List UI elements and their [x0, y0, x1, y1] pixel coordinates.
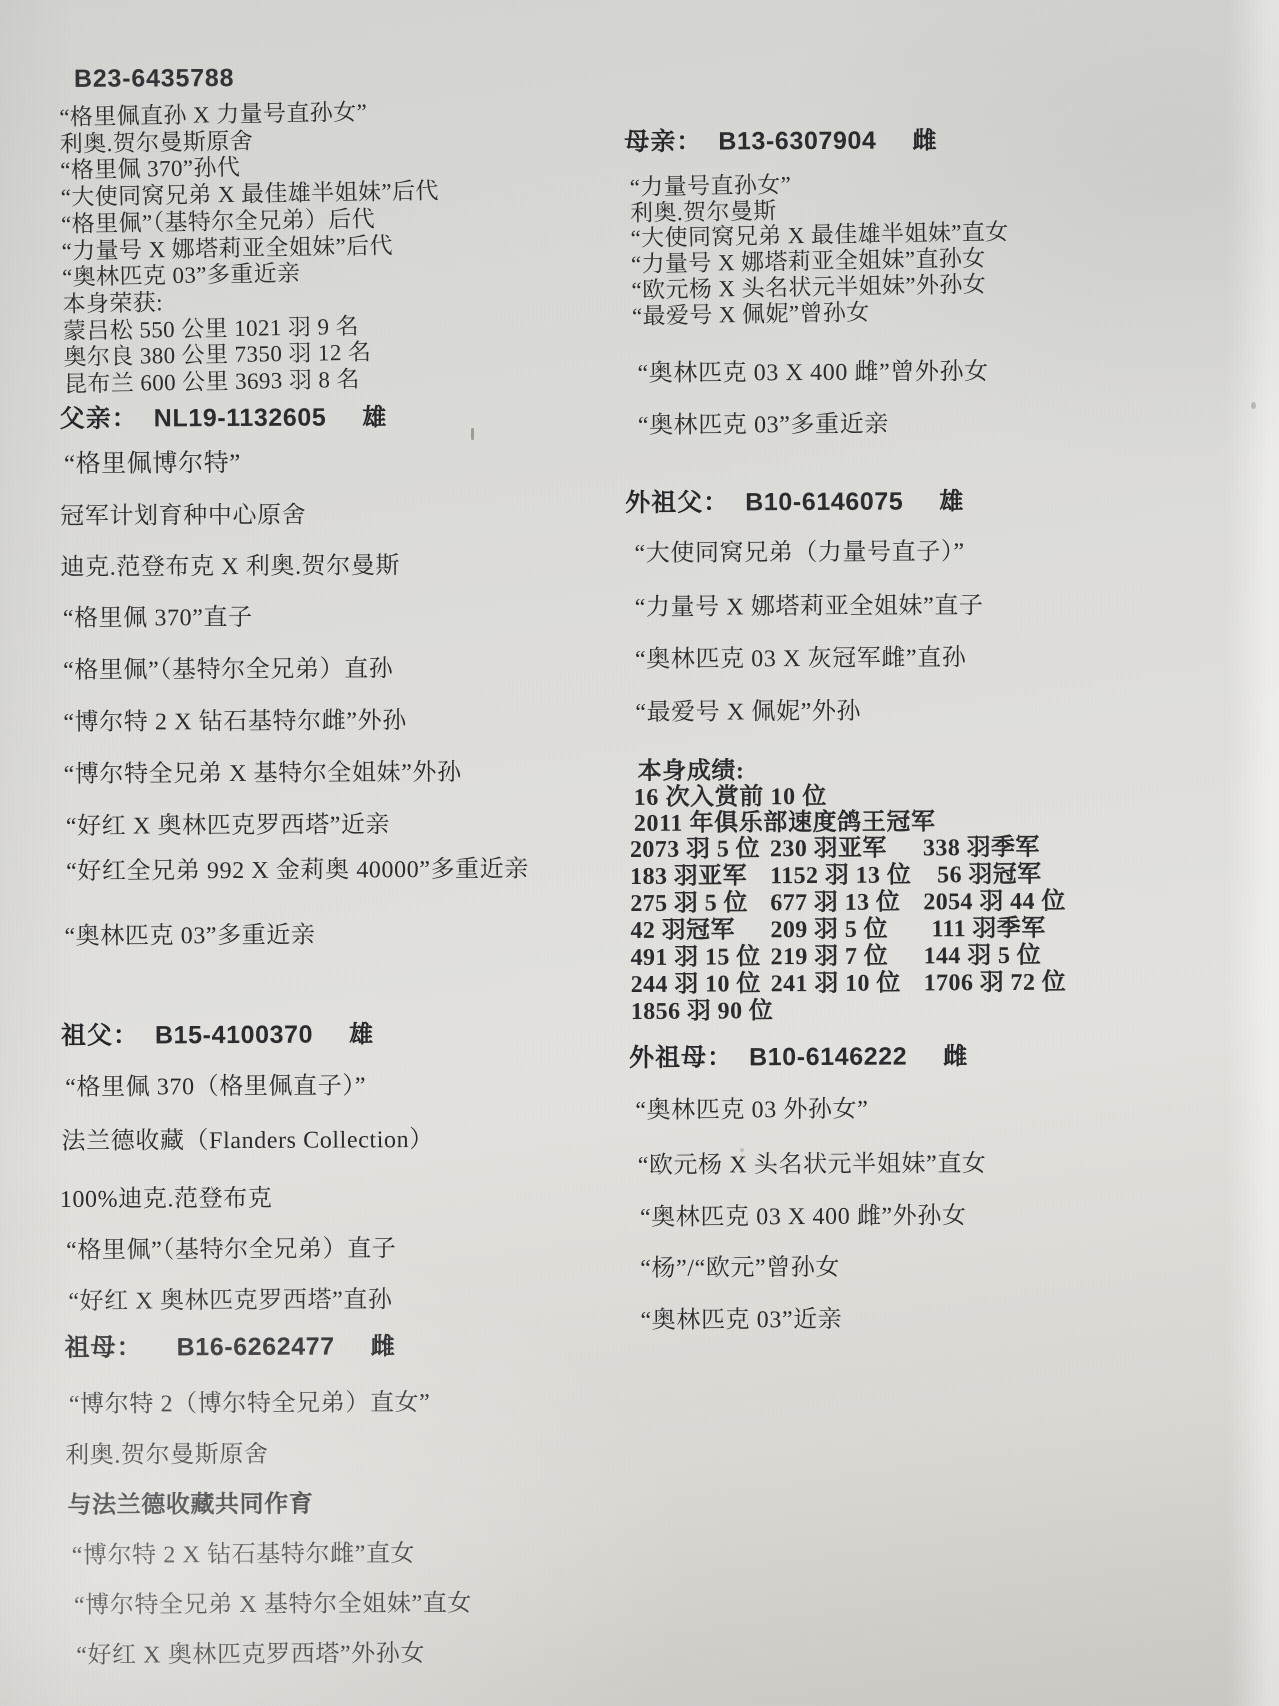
pedigree-line: “博尔特全兄弟 X 基特尔全姐妹”直女	[74, 1583, 472, 1620]
pedigree-line: “最爱号 X 佩妮”外孙	[635, 691, 861, 727]
pedigree-line: 100%迪克.范登布克	[60, 1178, 273, 1214]
pedigree-document-photo: B23-6435788 “格里佩直孙 X 力量号直孙女” 利奥.贺尔曼斯原舍 “…	[0, 0, 1279, 1706]
maternal-grandmother-sex: 雌	[943, 1044, 968, 1070]
pedigree-line: “好红 X 奥林匹克罗西塔”外孙女	[76, 1633, 425, 1670]
father-header: 父亲：NL19-1132605雄	[60, 397, 388, 435]
grandfather-label: 祖父：	[61, 1023, 139, 1050]
grandfather-sex: 雄	[349, 1022, 374, 1048]
pedigree-line: “力量号 X 娜塔莉亚全姐妹”直子	[635, 585, 984, 622]
grandmother-header: 祖母：B16-6262477雌	[64, 1326, 395, 1364]
father-sex: 雄	[362, 405, 387, 431]
pedigree-line: 法兰德收藏（Flanders Collection）	[61, 1119, 433, 1156]
grandmother-ring-number: B16-6262477	[177, 1333, 335, 1362]
pedigree-line: “好红全兄弟 992 X 金莉奥 40000”多重近亲	[66, 854, 571, 888]
maternal-grandfather-sex: 雄	[939, 489, 964, 515]
pedigree-line: “博尔特 2 X 钻石基特尔雌”外孙	[63, 700, 407, 737]
grandfather-ring-number: B15-4100370	[155, 1021, 313, 1050]
pedigree-line: “奥林匹克 03”多重近亲	[64, 915, 315, 951]
pedigree-line: “格里佩”（基特尔全兄弟）直子	[66, 1228, 396, 1265]
grandmother-label: 祖母：	[65, 1335, 143, 1362]
mother-header: 母亲：B13-6307904雌	[624, 120, 937, 158]
pedigree-line: “格里佩 370（格里佩直子）”	[65, 1065, 366, 1102]
pedigree-line: “大使同窝兄弟（力量号直子）”	[634, 531, 964, 568]
result-cell: 1856 羽 90 位	[631, 990, 771, 1026]
document-content: B23-6435788 “格里佩直孙 X 力量号直孙女” 利奥.贺尔曼斯原舍 “…	[0, 0, 1279, 1706]
pedigree-line: 利奥.贺尔曼斯原舍	[65, 1434, 269, 1470]
maternal-grandfather-label: 外祖父：	[625, 489, 729, 517]
result-cell	[771, 989, 924, 1025]
bird-ring-number: B23-6435788	[74, 64, 234, 94]
maternal-grandmother-header: 外祖母：B10-6146222雌	[629, 1036, 968, 1074]
pedigree-line: “博尔特 2（博尔特全兄弟）直女”	[69, 1382, 431, 1419]
dust-speck	[740, 1148, 744, 1152]
mother-sex: 雌	[912, 128, 937, 154]
result-cell: 1706 羽 72 位	[924, 962, 1067, 998]
pedigree-line: “奥林匹克 03 X 灰冠军雌”直孙	[635, 637, 967, 674]
dust-speck	[471, 428, 474, 440]
maternal-grandfather-header: 外祖父：B10-6146075雄	[625, 481, 964, 519]
mother-label: 母亲：	[624, 129, 702, 156]
pedigree-line: “奥林匹克 03 X 400 雌”外孙女	[640, 1195, 967, 1232]
dust-speck	[1251, 402, 1256, 409]
mother-block: “力量号直孙女” 利奥.贺尔曼斯 “大使同窝兄弟 X 最佳雄半姐妹”直女 “力量…	[629, 168, 1010, 329]
bird-intro-block: “格里佩直孙 X 力量号直孙女” 利奥.贺尔曼斯原舍 “格里佩 370”孙代 “…	[59, 98, 442, 398]
pedigree-line: 冠军计划育种中心原舍	[60, 495, 306, 531]
maternal-grandmother-ring-number: B10-6146222	[749, 1042, 907, 1071]
results-row: 1856 羽 90 位	[631, 989, 924, 1026]
pedigree-line: “博尔特全兄弟 X 基特尔全姐妹”外孙	[63, 752, 461, 789]
grandmother-sex: 雌	[371, 1334, 396, 1360]
pedigree-line: “奥林匹克 03 外孙女”	[635, 1089, 868, 1125]
pedigree-line: “格里佩博尔特”	[64, 443, 241, 480]
pedigree-line: “奥林匹克 03”多重近亲	[638, 404, 889, 440]
pedigree-line: 迪克.范登布克 X 利奥.贺尔曼斯	[60, 545, 400, 582]
maternal-grandfather-ring-number: B10-6146075	[745, 488, 903, 517]
father-ring-number: NL19-1132605	[154, 404, 327, 433]
mother-ring-number: B13-6307904	[718, 127, 876, 156]
pedigree-line: “杨”/“欧元”曾孙女	[640, 1247, 840, 1283]
pedigree-line: “格里佩 370”直子	[63, 597, 253, 633]
pedigree-line: “奥林匹克 03”近亲	[640, 1299, 842, 1335]
pedigree-line: 与法兰德收藏共同作育	[67, 1484, 313, 1520]
pedigree-line: “好红 X 奥林匹克罗西塔”直孙	[68, 1279, 392, 1316]
pedigree-line: “博尔特 2 X 钻石基特尔雌”直女	[72, 1533, 416, 1570]
father-label: 父亲：	[60, 406, 138, 433]
maternal-grandmother-label: 外祖母：	[629, 1044, 733, 1072]
pedigree-line: “欧元杨 X 头名状元半姐妹”直女	[638, 1143, 987, 1180]
grandfather-header: 祖父：B15-4100370雄	[61, 1014, 374, 1052]
pedigree-line: “奥林匹克 03 X 400 雌”曾外孙女	[637, 351, 988, 388]
pedigree-line: “好红 X 奥林匹克罗西塔”近亲	[66, 804, 390, 841]
pedigree-line: “格里佩”（基特尔全兄弟）直孙	[63, 648, 393, 685]
race-result-line: 昆布兰 600 公里 3693 羽 8 名	[64, 365, 443, 398]
